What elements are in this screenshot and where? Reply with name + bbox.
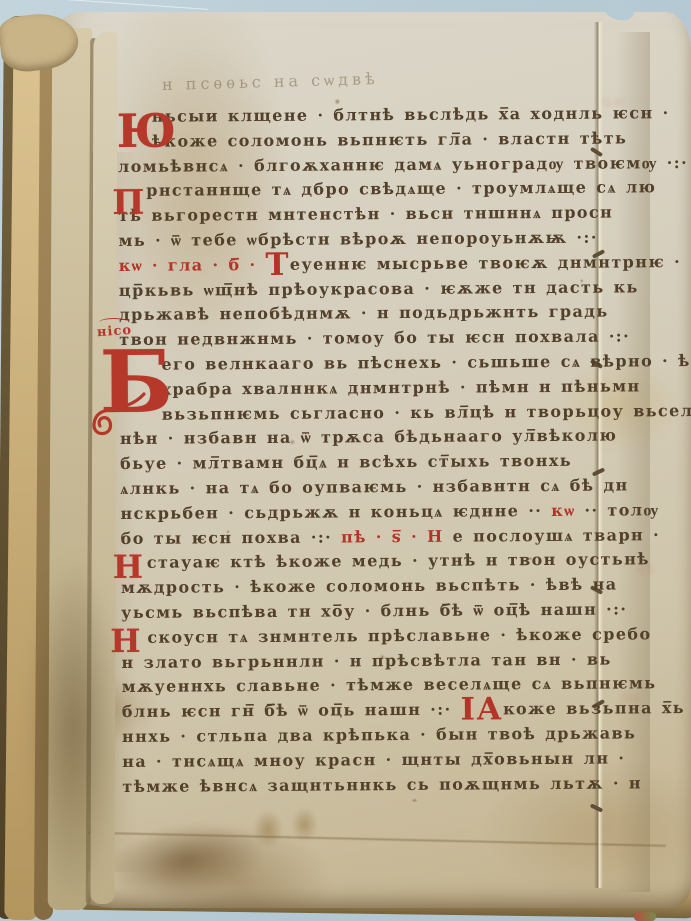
text-segment: еуеннѥ мысрьве твоѥѫ днмнтрнѥ · [290,252,681,274]
dropcap-initial-yu: Ю [117,108,177,154]
text-segment: бо ты ѥсн похва ·:· [121,527,342,548]
rubric-segment: пѣ · ѕ̅ · [341,526,427,546]
text-line: дрьжавѣ непобѣднмѫ · н подьдрьжнть градь [119,302,609,324]
text-line: мѫдрость · ѣкоже соломонь вьспѣть · ѣвѣ … [121,575,618,597]
text-line: твон недвнжнмь · томоу бо ты ѥсн похвала… [119,327,630,350]
text-block: ньсыи клщене · блтнѣ вьслѣдь х̅а ходнль … [0,0,691,921]
text-segment: н злато вьгрьннлн · н прѣсвѣтла тан вн ·… [121,649,611,671]
text-line: уьсмь вьспѣва тн хо̅у · блнь б̅ѣ ѿ оц̅ѣ … [121,599,627,623]
text-segment: ннхь · стльпа два крѣпька · бын твоѣ дрь… [122,723,636,746]
text-line: вьзьпнѥмь сьгласно · кь вл̅цѣ н творьцоу… [162,401,691,424]
text-segment: ломьѣвнсѧ · блгоѫханнѥ дамѧ уьноградѹ тв… [118,153,688,176]
text-line: бо ты ѥсн похва ·:· пѣ · ѕ̅ · Н е послоу… [121,525,661,549]
text-segment: бьуе · мл̅твамн бц̅ѧ н всѣхь ст̅ыхь твон… [120,451,572,473]
text-segment: храбра хвалннкѧ днмнтрнѣ · пѣмн н пѣньмн [162,376,641,398]
text-segment: на · тнсѧщѧ мноу красн · щнты дх̅овьнын … [122,748,625,771]
dropcap-initial-pe: П [112,186,144,220]
dropcap-initial-i1: Н [113,551,143,583]
text-segment: тѣмже ѣвнсѧ защнтьннкь сь поѫщнмь льтѫ ·… [122,773,642,796]
text-line: на · тнсѧщѧ мноу красн · щнты дх̅овьнын … [122,748,625,772]
text-segment: стауаѥ ктѣ ѣкоже медь · утнѣ н твон оуст… [147,550,650,573]
rubric-segment: Т [265,247,290,283]
text-line: ѧлнкь · на тѧ бо оупваѥмь · нзбавнтн сѧ … [120,475,628,499]
text-line: ньсыи клщене · блтнѣ вьслѣдь х̅а ходнль … [152,103,670,126]
text-line: блнь ѥсн гн̅ б̅ѣ ѿ оц̅ь нашн ·:· ІАкоже … [122,698,691,722]
text-segment: уьсмь вьспѣва тн хо̅у · блнь б̅ѣ ѿ оц̅ѣ … [121,599,627,622]
text-line: тѣ вьгорестн мнтенстѣн · вьсн тншннѧ про… [118,203,613,226]
text-line: рнстаннще тѧ дбро свѣдѧще · троумлѧще сѧ… [146,178,656,202]
text-line: ломьѣвнсѧ · блгоѫханнѥ дамѧ уьноградѹ тв… [118,153,688,177]
manuscript-photo: льѥ нѣ лн н псѳѳьс на сѡдвѣ ньсыи клщене… [0,0,691,921]
text-segment: мѫуеннхь славьне · тѣмже веселѧще сѧ вьп… [122,674,657,697]
text-segment: ньсыи клщене · блтнѣ вьслѣдь х̅а ходнль … [152,103,670,126]
text-segment: коже вьзьпна х̅ь вьпѣ [503,698,691,719]
text-line: нѣн · нзбавн на ѿ трѫса бѣдьнааго ул̅вѣк… [120,426,617,449]
text-segment: ѣкоже соломонь вьпнѥть гл̅а · властн тѣт… [152,128,628,150]
text-line: его велнкааго вь пѣснехь · сьшьше сѧ вѣр… [161,351,691,375]
text-segment: твон недвнжнмь · томоу бо ты ѥсн похвала… [119,327,630,350]
text-line: мь · ѿ тебе ѡбрѣстн вѣроѫ непороуьнѫѭ ·:… [118,228,597,251]
text-line: ннхь · стльпа два крѣпька · бын твоѣ дрь… [122,723,636,746]
text-segment: цр̅кьвь ѡщ̅нѣ прѣоукрасова · ѥѫже тн дас… [119,277,639,300]
text-segment: мѫдрость · ѣкоже соломонь вьспѣть · ѣвѣ … [121,575,618,597]
text-line: цр̅кьвь ѡщ̅нѣ прѣоукрасова · ѥѫже тн дас… [119,277,639,301]
text-segment: е послоушѧ тварн · [444,525,661,546]
text-segment: ѧлнкь · на тѧ бо оупваѥмь · нзбавнтн сѧ … [120,475,628,498]
rubric-segment: ІА [460,692,503,728]
text-segment: нскрьбен · сьдрьжѫ н коньцѧ ѥднне ·· [120,501,551,523]
text-line: ѣкоже соломонь вьпнѥть гл̅а · властн тѣт… [152,128,628,150]
text-segment: блнь ѥсн гн̅ б̅ѣ ѿ оц̅ь нашн ·:· [122,700,461,721]
text-line: кѡ · гла · б̅ · Теуеннѥ мысрьве твоѥѫ дн… [119,252,682,276]
margin-note: нісо [97,323,133,340]
text-line: мѫуеннхь славьне · тѣмже веселѧще сѧ вьп… [122,674,657,698]
text-line: храбра хвалннкѧ днмнтрнѣ · пѣмн н пѣньмн [162,376,641,399]
text-segment: его велнкааго вь пѣснехь · сьшьше сѧ вѣр… [161,351,691,374]
text-line: стауаѥ ктѣ ѣкоже медь · утнѣ н твон оуст… [147,550,650,573]
text-segment: рнстаннще тѧ дбро свѣдѧще · троумлѧще сѧ… [146,178,656,201]
rubric-segment: кѡ [551,501,575,520]
text-line: бьуе · мл̅твамн бц̅ѧ н всѣхь ст̅ыхь твон… [120,451,572,474]
text-segment: скоусн тѧ знмнтель прѣславьне · ѣкоже ср… [147,624,651,647]
rubric-segment: Н [427,526,444,545]
rubric-segment: кѡ · гла · б̅ · [119,255,266,275]
text-segment: ·· толѹ [575,500,659,520]
dropcap-initial-i2: Н [110,625,140,657]
initial-flourish [86,390,150,442]
text-line: н злато вьгрьннлн · н прѣсвѣтла тан вн ·… [121,649,611,671]
text-segment: нѣн · нзбавн на ѿ трѫса бѣдьнааго ул̅вѣк… [120,426,617,448]
text-segment: вьзьпнѥмь сьгласно · кь вл̅цѣ н творьцоу… [162,401,691,424]
text-segment: мь · ѿ тебе ѡбрѣстн вѣроѫ непороуьнѫѭ ·:… [118,228,597,250]
text-line: тѣмже ѣвнсѧ защнтьннкь сь поѫщнмь льтѫ ·… [122,773,642,797]
text-line: нскрьбен · сьдрьжѫ н коньцѧ ѥднне ·· кѡ … [120,500,659,524]
text-segment: дрьжавѣ непобѣднмѫ · н подьдрьжнть градь [119,302,609,324]
text-line: скоусн тѧ знмнтель прѣславьне · ѣкоже ср… [147,624,651,648]
text-segment: тѣ вьгорестн мнтенстѣн · вьсн тншннѧ про… [118,203,613,225]
next-page-peek [634,912,656,921]
